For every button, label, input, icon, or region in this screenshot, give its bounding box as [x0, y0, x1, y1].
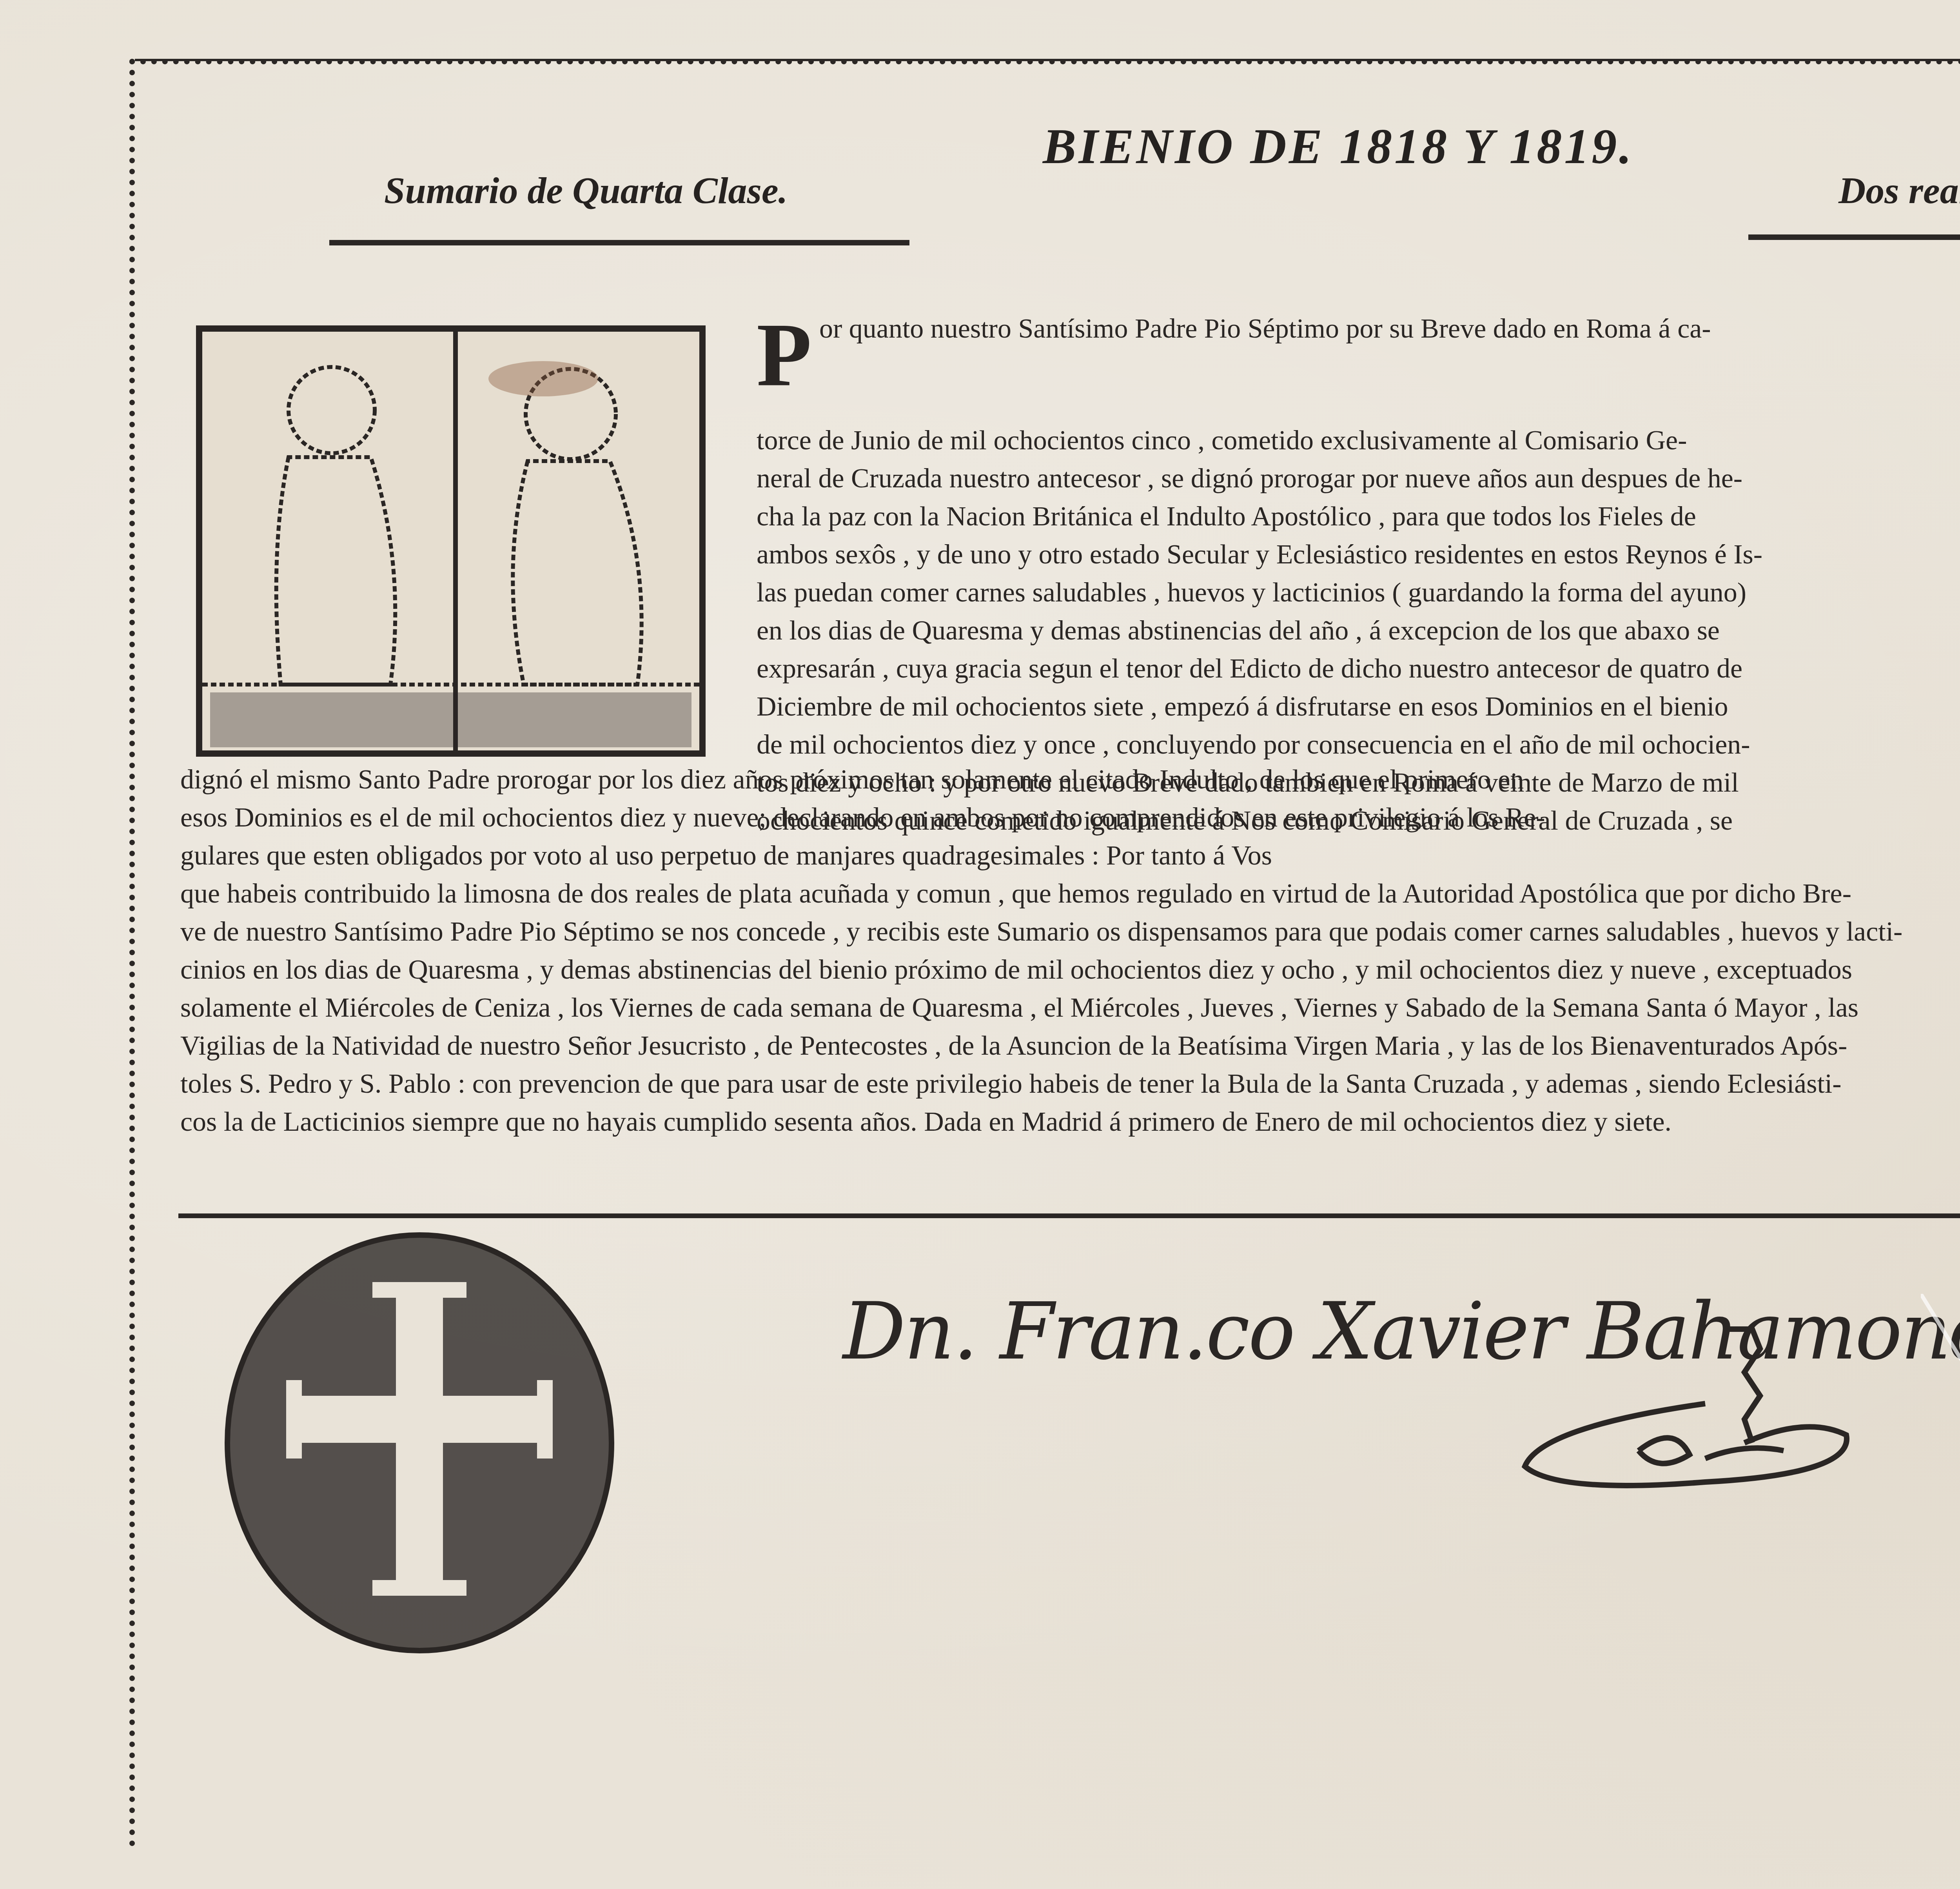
- class-subheading: Sumario de Quarta Clase.: [384, 169, 788, 212]
- left-heading-rule: [329, 240, 909, 245]
- text-line: expresarán , cuya gracia segun el tenor …: [757, 650, 1960, 688]
- text-line: ve de nuestro Santísimo Padre Pio Séptim…: [180, 913, 1960, 951]
- signature-flourish-icon: [1509, 1325, 1862, 1490]
- text-line: cha la paz con la Nacion Británica el In…: [757, 498, 1960, 536]
- text-line: dignó el mismo Santo Padre prorogar por …: [180, 761, 1960, 799]
- text-line: las puedan comer carnes saludables , hue…: [757, 574, 1960, 612]
- text-line: neral de Cruzada nuestro antecesor , se …: [757, 460, 1960, 498]
- price-subheading: Dos reales de plata acuñada y comun.: [1838, 169, 1960, 212]
- text-line: ambos sexôs , y de uno y otro estado Sec…: [757, 536, 1960, 574]
- text-line: toles S. Pedro y S. Pablo : con prevenci…: [180, 1065, 1960, 1103]
- text-line: cinios en los dias de Quaresma , y demas…: [180, 951, 1960, 989]
- cross-seal-icon: [223, 1231, 615, 1655]
- text-line: Vigilias de la Natividad de nuestro Seño…: [180, 1027, 1960, 1065]
- text-line: Diciembre de mil ochocientos siete , emp…: [757, 688, 1960, 726]
- text-line: cos la de Lacticinios siempre que no hay…: [180, 1103, 1960, 1141]
- document-title: BIENIO DE 1818 Y 1819.: [1043, 118, 1634, 175]
- text-line: solamente el Miércoles de Ceniza , los V…: [180, 989, 1960, 1027]
- woodcut-saints-icon: [196, 325, 706, 757]
- text-line: gulares que esten obligados por voto al …: [180, 837, 1960, 875]
- paragraph-opening: or quanto nuestro Santísimo Padre Pio Sé…: [819, 310, 1960, 348]
- text-line: en los dias de Quaresma y demas abstinen…: [757, 612, 1960, 650]
- paper-fold-crease: [1921, 1294, 1960, 1804]
- text-line: esos Dominios es el de mil ochocientos d…: [180, 799, 1960, 837]
- drop-cap: P: [757, 310, 812, 400]
- saints-figures-icon: [202, 332, 699, 750]
- right-heading-rule: [1748, 234, 1960, 240]
- document-sheet: BIENIO DE 1818 Y 1819. Sumario de Quarta…: [0, 0, 1960, 1889]
- text-line: or quanto nuestro Santísimo Padre Pio Sé…: [819, 310, 1960, 348]
- text-line: torce de Junio de mil ochocientos cinco …: [757, 421, 1960, 460]
- paragraph-body-wide: dignó el mismo Santo Padre prorogar por …: [180, 761, 1960, 1141]
- text-line: que habeis contribuido la limosna de dos…: [180, 875, 1960, 913]
- text-closing-rule: [178, 1213, 1960, 1218]
- text-line: de mil ochocientos diez y once , concluy…: [757, 726, 1960, 764]
